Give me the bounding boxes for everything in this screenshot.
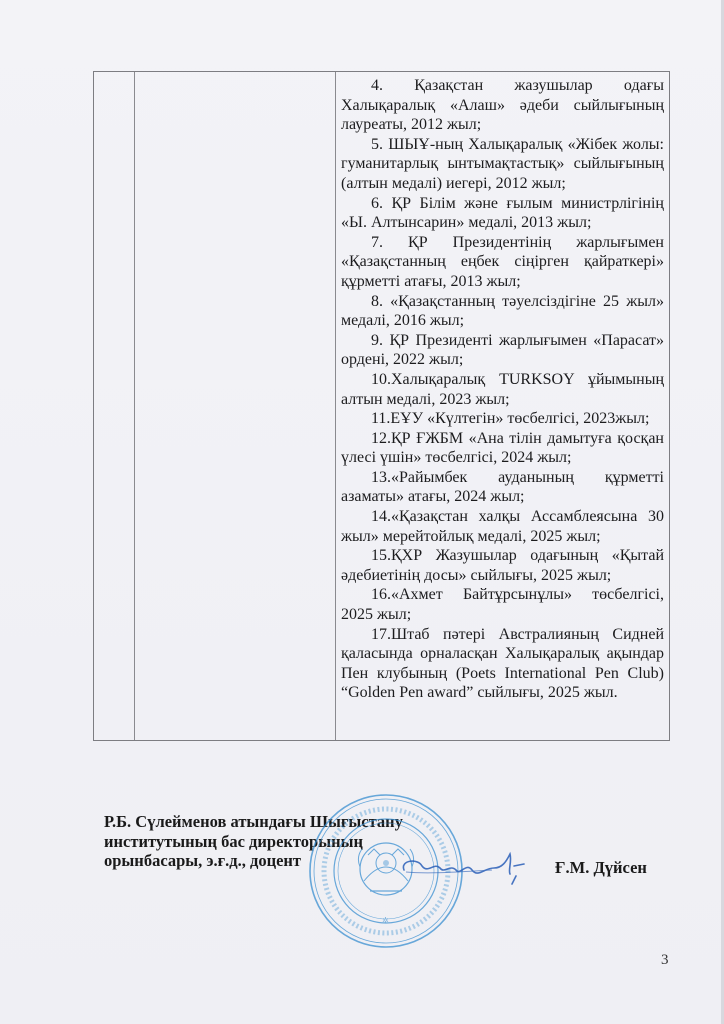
signatory-position: Р.Б. Сүлейменов атындағы Шығыстану инсти…: [104, 812, 403, 871]
signatory-position-line: Р.Б. Сүлейменов атындағы Шығыстану: [104, 812, 403, 832]
awards-table: 4. Қазақстан жазушылар одағы Халықаралық…: [93, 71, 670, 741]
award-item: 17.Штаб пәтері Австралияның Сидней қалас…: [341, 625, 664, 703]
signatory-position-line: институтының бас директорының: [104, 832, 403, 852]
document-page: 4. Қазақстан жазушылар одағы Халықаралық…: [0, 0, 724, 1024]
award-item: 16.«Ахмет Байтұрсынұлы» төсбелгісі, 2025…: [341, 585, 664, 624]
signatory-position-line: орынбасары, э.ғ.д., доцент: [104, 851, 403, 871]
award-item: 9. ҚР Президенті жарлығымен «Парасат» ор…: [341, 331, 664, 370]
handwritten-signature-icon: [398, 848, 528, 888]
award-item: 15.ҚХР Жазушылар одағының «Қытай әдебиет…: [341, 546, 664, 585]
award-item: 6. ҚР Білім және ғылым министрлігінің «Ы…: [341, 194, 664, 233]
award-item: 12.ҚР ҒЖБМ «Ана тілін дамытуға қосқан үл…: [341, 429, 664, 468]
awards-list-cell: 4. Қазақстан жазушылар одағы Халықаралық…: [341, 76, 664, 703]
award-item: 7. ҚР Президентінің жарлығымен «Қазақста…: [341, 233, 664, 292]
award-item: 14.«Қазақстан халқы Ассамблеясына 30 жыл…: [341, 507, 664, 546]
award-item: 8. «Қазақстанның тәуелсіздігіне 25 жыл» …: [341, 292, 664, 331]
award-item: 10.Халықаралық TURKSOY ұйымының алтын ме…: [341, 370, 664, 409]
svg-text:✲: ✲: [382, 916, 389, 925]
signatory-name: Ғ.М. Дүйсен: [555, 858, 647, 878]
table-column-divider: [335, 72, 336, 740]
award-item: 4. Қазақстан жазушылар одағы Халықаралық…: [341, 76, 664, 135]
award-item: 11.ЕҰУ «Күлтегін» төсбелгісі, 2023жыл;: [341, 409, 664, 429]
table-column-divider: [134, 72, 135, 740]
award-item: 13.«Райымбек ауданының құрметті азаматы»…: [341, 468, 664, 507]
page-number: 3: [661, 952, 669, 969]
award-item: 5. ШЫҰ-ның Халықаралық «Жібек жолы: гума…: [341, 135, 664, 194]
